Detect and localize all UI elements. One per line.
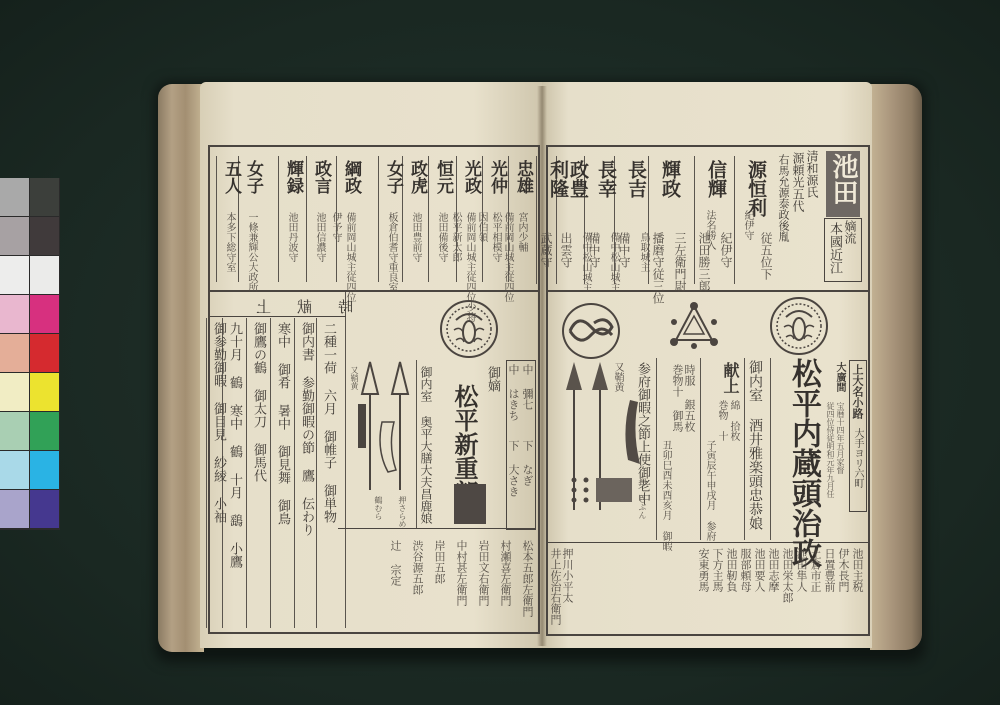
- genealogy-connector: [216, 156, 217, 282]
- vertical-text: 利隆: [548, 160, 567, 198]
- color-calibration-chart: [0, 178, 60, 530]
- vertical-text: 本多下総守室: [224, 212, 234, 272]
- left-column-divider: [345, 292, 346, 628]
- vertical-text: 信輝: [706, 160, 725, 198]
- vertical-text: 一條兼輝公大政所: [246, 212, 256, 292]
- vertical-text: 松平新太郎: [450, 212, 460, 262]
- vertical-text: 岸田五郎: [434, 540, 445, 584]
- vertical-text: 池田備後守: [436, 212, 446, 262]
- color-chip: [0, 373, 29, 411]
- spear-mark-1: 鶴むら: [374, 496, 382, 520]
- triple-diamond-crest-icon: [666, 300, 722, 350]
- vertical-text: 土倉市正: [810, 548, 821, 592]
- lord-address: 上大名小路: [852, 364, 863, 419]
- family-title-box: 池田: [826, 151, 860, 217]
- genealogy-connector: [694, 156, 695, 284]
- vertical-text: 池田勝三郎: [698, 232, 710, 292]
- color-chip: [0, 451, 29, 489]
- vertical-text: 宮内少輔: [516, 212, 526, 252]
- vertical-text: 光仲: [488, 160, 505, 194]
- vertical-text: 松平相模守: [490, 212, 500, 262]
- book-right-page-edges: [870, 84, 922, 650]
- color-chip: [30, 295, 59, 333]
- vertical-text: 御鷹の鶴 御太刀 御馬代: [252, 322, 265, 482]
- genealogy-connector: [536, 156, 537, 284]
- lineage-line-1: 清和源氏: [806, 150, 818, 198]
- genealogy-connector: [378, 156, 379, 282]
- horse-divider: [700, 358, 701, 540]
- vertical-text: 松本五郎左衛門: [522, 540, 533, 617]
- ageha-butterfly-crest-left-icon: [440, 300, 498, 358]
- vertical-text: 備中守: [618, 232, 630, 268]
- horse-entry-2: 巻物十 御馬: [672, 364, 683, 432]
- genealogy-connector: [456, 156, 457, 282]
- color-chip: [30, 412, 59, 450]
- horse-entry-3: 丑卯巳酉未酉亥月 御暇: [660, 440, 670, 551]
- color-chip: [0, 412, 29, 450]
- vertical-text: 武蔵守: [540, 232, 552, 268]
- heir-heading-text: 御嫡: [485, 366, 500, 392]
- footer-left-2: 井上佐治右衛門: [550, 548, 561, 625]
- vertical-text: 安東勇馬: [698, 548, 709, 592]
- vertical-text: 紀伊守: [742, 210, 752, 240]
- horse-entry-1: 時服 銀五枚: [684, 364, 695, 432]
- rank-note-2: 下 なぎ: [522, 440, 533, 486]
- vertical-text: 岩田文右衛門: [478, 540, 489, 606]
- heir-divider: [416, 360, 417, 528]
- lord-divider: [770, 358, 771, 540]
- lord-wife: 御内室 酒井雅楽頭忠恭娘: [748, 360, 762, 530]
- vertical-text: 播磨守従三位: [652, 232, 664, 304]
- vertical-text: 紀伊守: [720, 232, 732, 268]
- vertical-text: 九十月 鶴 寒中 鶴 十月 鷂 小鷹: [228, 322, 241, 568]
- vertical-text: 長幸: [596, 160, 615, 198]
- vertical-text: 備中松山城主: [608, 232, 618, 292]
- vertical-text: 池田丹波守: [286, 212, 296, 262]
- vertical-text: 備前岡山城主従四位: [502, 212, 512, 302]
- vertical-text: 伊予守: [330, 212, 340, 242]
- vertical-text: 渋谷源五郎: [412, 540, 423, 595]
- offering-3: 子寅辰午申戌月 参府: [704, 440, 714, 541]
- vertical-text: 輝録: [284, 160, 301, 194]
- vertical-text: 板倉伯耆守重良室: [386, 212, 396, 292]
- genealogy-connector: [246, 318, 247, 628]
- vertical-text: 服部頼母: [740, 548, 751, 592]
- lord-note-1: 宝暦十四年五月家督: [836, 402, 844, 474]
- vertical-text: 池田要人: [754, 548, 765, 592]
- vertical-text: 政豊: [568, 160, 587, 198]
- seasonal-offerings-heading: 時献上: [230, 296, 353, 317]
- genealogy-connector: [336, 156, 337, 282]
- address-text: 上大名小路: [851, 364, 864, 419]
- vertical-text: 二種一荷 六月 御帷子 御単物: [322, 322, 335, 523]
- vertical-text: 綱政: [342, 160, 359, 194]
- rank-note-3: 中 はきち: [508, 364, 519, 421]
- vertical-text: 従五位下: [760, 232, 772, 280]
- color-chip: [0, 490, 29, 528]
- vertical-text: 御内書 参勤御暇の節 鷹 伝わり: [300, 322, 313, 536]
- color-chip: [30, 217, 59, 255]
- heir-heading: 御嫡: [486, 366, 499, 392]
- color-chip: [30, 490, 59, 528]
- rank-note-4: 下 大さき: [508, 440, 519, 497]
- vertical-text: 恒元: [434, 160, 451, 194]
- genealogy-connector: [316, 318, 317, 628]
- genealogy-connector: [428, 156, 429, 282]
- vertical-text: 池田豊前守: [410, 212, 420, 262]
- left-page-divider: [208, 290, 538, 292]
- vertical-text: 辻 宗定: [390, 540, 401, 586]
- color-chip: [0, 256, 29, 294]
- color-chip: [0, 178, 29, 216]
- vertical-text: 池田主税: [852, 548, 863, 592]
- lineage-line-3: 右馬允源泰政後胤: [778, 154, 789, 242]
- vertical-text: 池田志摩: [768, 548, 779, 592]
- province-box: [824, 218, 862, 282]
- hall-prefix: 大廣間: [834, 362, 844, 392]
- footer-left-1: 押川小平太: [562, 548, 573, 603]
- color-chip: [0, 217, 29, 255]
- vertical-text: 忠雄: [514, 160, 531, 194]
- vertical-text: 池田靭負: [726, 548, 737, 592]
- genealogy-connector: [206, 318, 207, 628]
- vertical-text: 池田栄太郎: [782, 548, 793, 603]
- genealogy-connector: [270, 318, 271, 628]
- lord-distance: 大手ヨリ六町: [852, 428, 862, 488]
- offerings-heading: 献上: [722, 362, 738, 394]
- family-title: 池田: [830, 153, 856, 205]
- heir-wife: 御内室 奥平大膳大夫昌鹿娘: [420, 366, 432, 524]
- genealogy-connector: [306, 156, 307, 282]
- vertical-text: 御参勤御暇 御目見 紗綾 小袖: [212, 322, 225, 523]
- genealogy-connector: [294, 318, 295, 628]
- seal-stamp: [454, 484, 486, 524]
- rank-note-1: 中 彌七: [522, 364, 533, 410]
- vertical-text: 日置豊前: [824, 548, 835, 592]
- spear-label-left: 又鞘黄: [350, 366, 358, 390]
- seasonal-heading-text: 時献上: [230, 296, 353, 317]
- vertical-text: 五人: [222, 160, 239, 194]
- spear-mark-2: 押さらめ: [398, 496, 406, 528]
- color-chip: [0, 295, 29, 333]
- genealogy-connector: [278, 156, 279, 282]
- vertical-text: 政虎: [408, 160, 425, 194]
- color-chip: [30, 178, 59, 216]
- genealogy-connector: [482, 156, 483, 282]
- vertical-text: 女子: [244, 160, 261, 194]
- vertical-text: 池田信濃守: [314, 212, 324, 262]
- vertical-text: 寒中 御肴 暑中 御見舞 御鳥: [276, 322, 289, 525]
- genealogy-connector: [734, 156, 735, 284]
- color-chip: [30, 373, 59, 411]
- vertical-text: 因伯領: [476, 212, 486, 242]
- vertical-text: 出雲守: [560, 232, 572, 268]
- offering-1: 綿 拾枚: [728, 400, 738, 441]
- offering-divider: [744, 358, 745, 540]
- vertical-text: 女子: [384, 160, 401, 194]
- vertical-text: 中村甚左衛門: [456, 540, 467, 606]
- genealogy-connector: [508, 156, 509, 282]
- vertical-text: 備中松山城主: [580, 232, 590, 292]
- vertical-text: 三左衛門尉: [674, 232, 686, 292]
- vertical-text: 池田隼人: [796, 548, 807, 592]
- color-chip: [30, 256, 59, 294]
- vertical-text: 備前岡山城主従四位: [344, 212, 354, 302]
- vertical-text: 光政: [462, 160, 479, 194]
- offering-2: 巻物 十: [716, 400, 726, 441]
- vertical-text: 輝政: [660, 160, 679, 198]
- color-chip: [0, 334, 29, 372]
- book-left-page-edges: [158, 84, 204, 652]
- lineage-line-2: 源頼光五代: [792, 152, 804, 212]
- duty-divider: [656, 358, 657, 540]
- lord-name: 松平内蔵頭治政: [788, 358, 818, 568]
- color-chip: [30, 451, 59, 489]
- spear-illustrations-right: [560, 360, 650, 510]
- vertical-text: 源恒利: [746, 160, 765, 217]
- color-chip: [30, 334, 59, 372]
- vertical-text: 伊木長門: [838, 548, 849, 592]
- ageha-butterfly-crest-icon: [770, 297, 828, 355]
- vertical-text: 長吉: [626, 160, 645, 198]
- lord-note-2: 従四位侍従明和元年九月任: [826, 402, 834, 498]
- knot-crest-icon: [562, 303, 620, 359]
- vertical-text: 鳥取城主: [638, 232, 648, 272]
- vertical-text: 村瀬喜左衛門: [500, 540, 511, 606]
- vertical-text: 政言: [312, 160, 329, 194]
- vertical-text: 下方主馬: [712, 548, 723, 592]
